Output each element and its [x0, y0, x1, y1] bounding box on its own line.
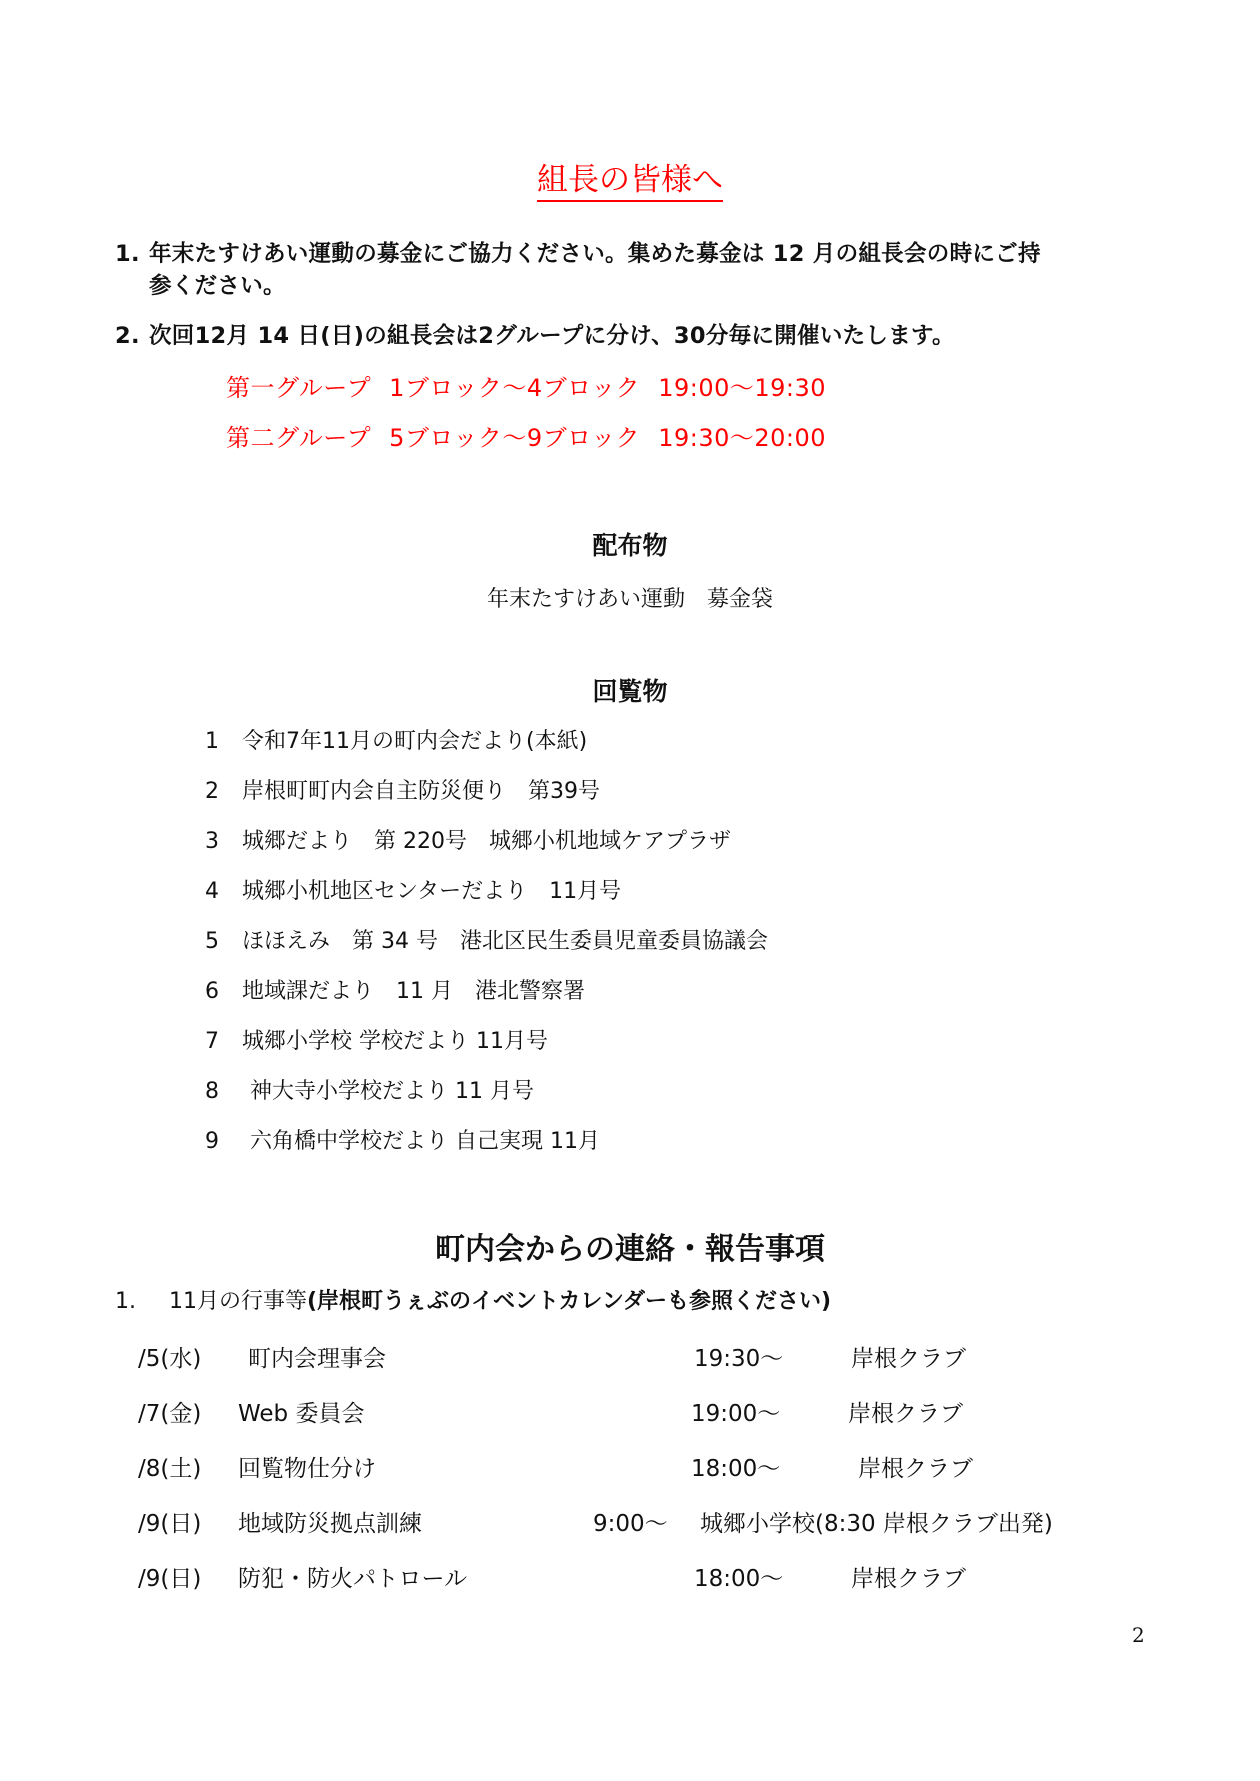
item-number: 2 — [205, 779, 242, 804]
event-row: /9(日) 防犯・防火パトロール 18:00～ 岸根クラブ — [138, 1560, 1138, 1592]
distribution-item: 年末たすけあい運動 募金袋 — [0, 582, 1260, 613]
notice-2: 2.次回12月 14 日(日)の組長会は2グループに分け、30分毎に開催いたしま… — [115, 318, 955, 350]
circulation-heading: 回覧物 — [0, 672, 1260, 708]
event-time: 19:30～ — [694, 1340, 783, 1373]
group-name: 第一グループ — [226, 374, 371, 402]
event-date: /7(金) — [138, 1395, 201, 1428]
event-place: 城郷小学校(8:30 岸根クラブ出発) — [700, 1505, 1053, 1538]
circulation-item: 3城郷だより 第 220号 城郷小机地域ケアプラザ — [205, 824, 731, 855]
item-text: 六角橋中学校だより 自己実現 11月 — [250, 1129, 600, 1154]
event-row: /9(日) 地域防災拠点訓練 9:00～ 城郷小学校(8:30 岸根クラブ出発) — [138, 1505, 1138, 1537]
section-title: 11月の行事等 — [169, 1289, 307, 1314]
distribution-heading: 配布物 — [0, 526, 1260, 562]
circulation-item: 9六角橋中学校だより 自己実現 11月 — [205, 1124, 600, 1155]
reports-section-title: 1.11月の行事等(岸根町うぇぶのイベントカレンダーも参照ください) — [115, 1284, 831, 1315]
event-time: 18:00～ — [694, 1560, 783, 1593]
item-text: 城郷小机地区センターだより 11月号 — [242, 879, 621, 904]
event-date: /8(土) — [138, 1450, 201, 1483]
event-row: /5(水) 町内会理事会 19:30～ 岸根クラブ — [138, 1340, 1138, 1372]
circulation-item: 1令和7年11月の町内会だより(本紙) — [205, 724, 587, 755]
item-number: 8 — [205, 1079, 250, 1104]
item-text: 令和7年11月の町内会だより(本紙) — [242, 729, 587, 754]
page-title-text: 組長の皆様へ — [537, 162, 723, 202]
event-name: 地域防災拠点訓練 — [238, 1505, 422, 1538]
event-place: 岸根クラブ — [848, 1395, 963, 1428]
item-text: ほほえみ 第 34 号 港北区民生委員児童委員協議会 — [242, 929, 768, 954]
circulation-item: 8神大寺小学校だより 11 月号 — [205, 1074, 534, 1105]
item-number: 6 — [205, 979, 242, 1004]
item-number: 1 — [205, 729, 242, 754]
item-number: 7 — [205, 1029, 242, 1054]
circulation-item: 2岸根町町内会自主防災便り 第39号 — [205, 774, 600, 805]
group-schedule-1: 第一グループ1ブロック～4ブロック19:00～19:30 — [226, 368, 826, 403]
event-place: 岸根クラブ — [851, 1560, 966, 1593]
event-date: /5(水) — [138, 1340, 201, 1373]
circulation-item: 5ほほえみ 第 34 号 港北区民生委員児童委員協議会 — [205, 924, 768, 955]
item-text: 城郷だより 第 220号 城郷小机地域ケアプラザ — [242, 829, 731, 854]
notice-number: 1. — [115, 241, 149, 267]
item-number: 5 — [205, 929, 242, 954]
event-place: 岸根クラブ — [851, 1340, 966, 1373]
section-note: (岸根町うぇぶのイベントカレンダーも参照ください) — [307, 1289, 831, 1314]
section-number: 1. — [115, 1289, 169, 1314]
item-number: 3 — [205, 829, 242, 854]
event-name: 防犯・防火パトロール — [238, 1560, 467, 1593]
group-blocks: 1ブロック～4ブロック — [389, 374, 640, 402]
notice-text-line: 参ください。 — [149, 273, 286, 299]
notice-number: 2. — [115, 323, 149, 349]
item-number: 4 — [205, 879, 242, 904]
event-date: /9(日) — [138, 1560, 201, 1593]
event-name: 町内会理事会 — [248, 1340, 386, 1373]
notice-text-line: 次回12月 14 日(日)の組長会は2グループに分け、30分毎に開催いたします。 — [149, 323, 955, 349]
page-title: 組長の皆様へ — [0, 154, 1260, 199]
circulation-item: 7城郷小学校 学校だより 11月号 — [205, 1024, 548, 1055]
event-row: /8(土) 回覧物仕分け 18:00～ 岸根クラブ — [138, 1450, 1138, 1482]
event-place: 岸根クラブ — [858, 1450, 973, 1483]
group-time: 19:00～19:30 — [658, 374, 826, 402]
group-time: 19:30～20:00 — [658, 424, 826, 452]
item-text: 岸根町町内会自主防災便り 第39号 — [242, 779, 600, 804]
event-name: 回覧物仕分け — [238, 1450, 376, 1483]
group-blocks: 5ブロック～9ブロック — [389, 424, 640, 452]
event-name: Web 委員会 — [238, 1395, 364, 1428]
item-text: 城郷小学校 学校だより 11月号 — [242, 1029, 548, 1054]
notice-1-continuation: 参ください。 — [149, 268, 286, 300]
notice-text-line: 年末たすけあい運動の募金にご協力ください。集めた募金は 12 月の組長会の時にご… — [149, 241, 1041, 267]
reports-heading: 町内会からの連絡・報告事項 — [0, 1224, 1260, 1268]
item-number: 9 — [205, 1129, 250, 1154]
event-time: 18:00～ — [691, 1450, 780, 1483]
event-row: /7(金) Web 委員会 19:00～ 岸根クラブ — [138, 1395, 1138, 1427]
circulation-item: 4城郷小机地区センターだより 11月号 — [205, 874, 621, 905]
group-schedule-2: 第二グループ5ブロック～9ブロック19:30～20:00 — [226, 418, 826, 453]
event-time: 19:00～ — [691, 1395, 780, 1428]
event-date: /9(日) — [138, 1505, 201, 1538]
notice-1: 1.年末たすけあい運動の募金にご協力ください。集めた募金は 12 月の組長会の時… — [115, 236, 1041, 268]
circulation-item: 6地域課だより 11 月 港北警察署 — [205, 974, 585, 1005]
group-name: 第二グループ — [226, 424, 371, 452]
event-time: 9:00～ — [593, 1505, 668, 1538]
item-text: 神大寺小学校だより 11 月号 — [250, 1079, 534, 1104]
item-text: 地域課だより 11 月 港北警察署 — [242, 979, 585, 1004]
page-number: 2 — [1132, 1623, 1145, 1647]
